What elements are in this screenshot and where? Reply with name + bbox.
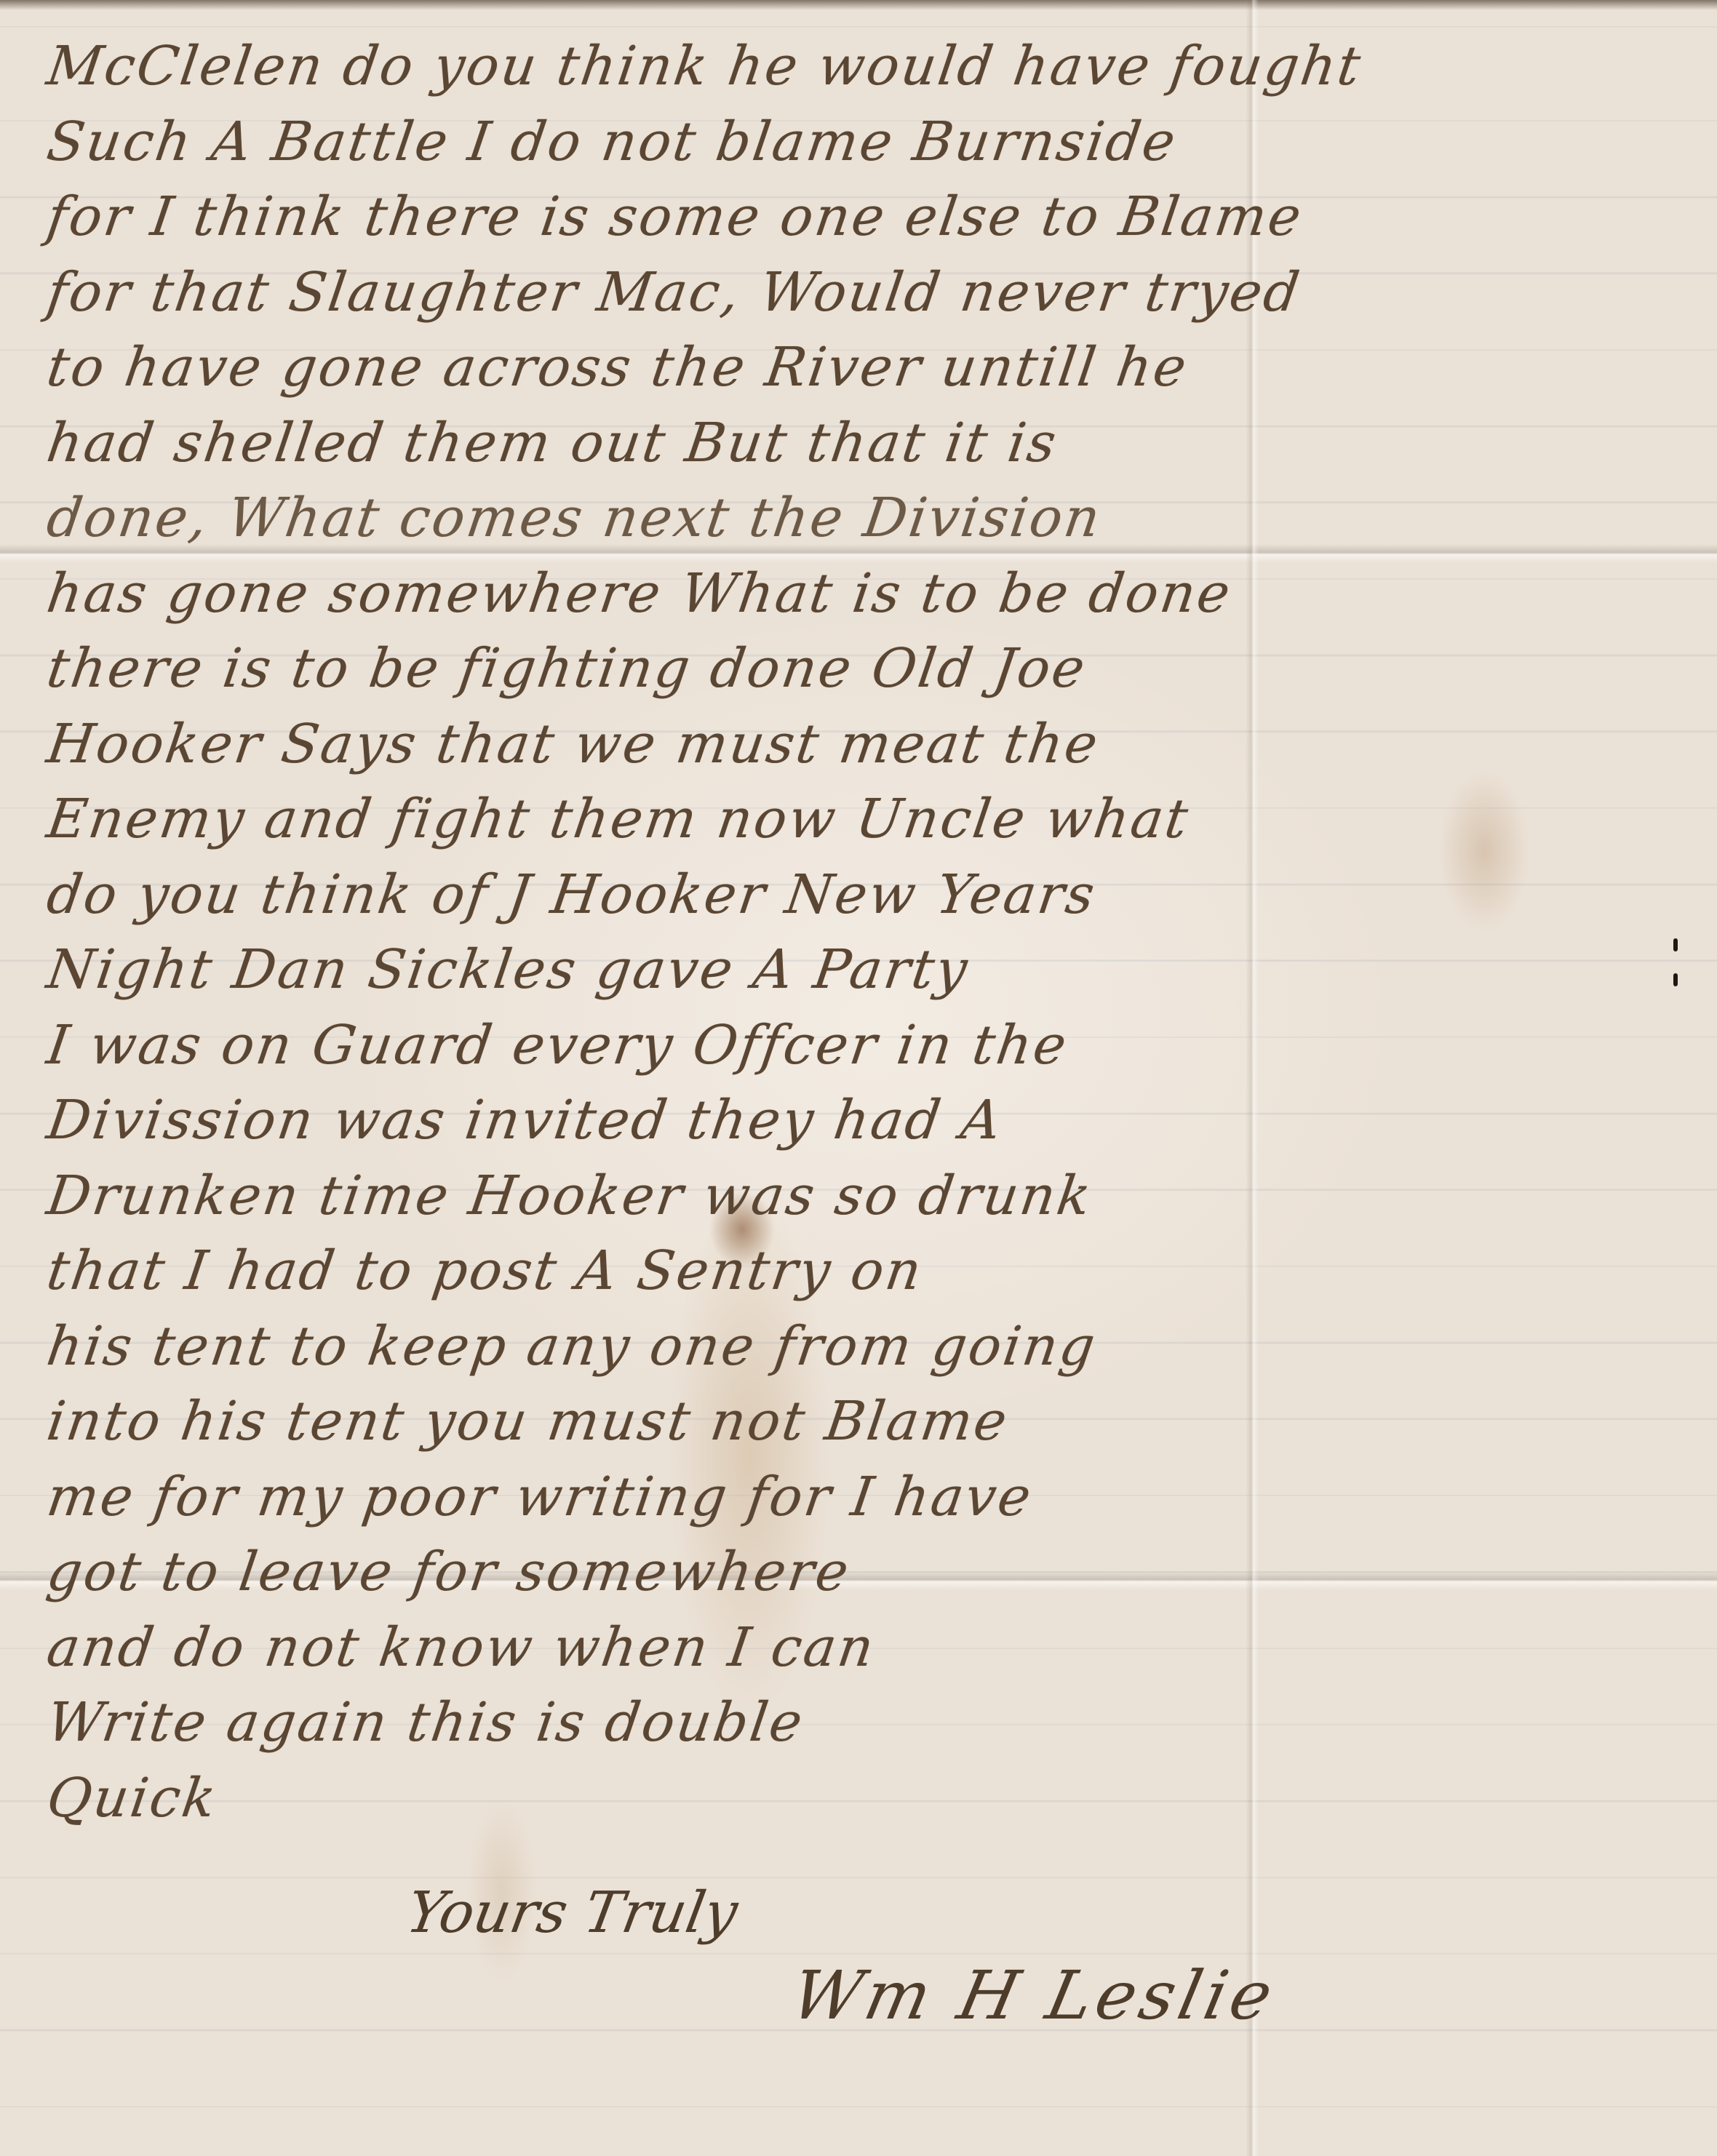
letter-line: Enemy and fight them now Uncle what xyxy=(42,782,1697,858)
letter-line: Quick xyxy=(42,1761,1697,1837)
letter-line: Write again this is double xyxy=(42,1685,1697,1761)
letter-line: Drunken time Hooker was so drunk xyxy=(42,1159,1697,1234)
letter-line: Hooker Says that we must meat the xyxy=(42,707,1697,783)
letter-line: for I think there is some one else to Bl… xyxy=(42,180,1697,255)
letter-line: Night Dan Sickles gave A Party xyxy=(42,933,1697,1008)
letter-line: to have gone across the River untill he xyxy=(42,330,1697,406)
letter-line: got to leave for somewhere xyxy=(42,1535,1697,1610)
letter-line: there is to be fighting done Old Joe xyxy=(42,631,1697,707)
letter-line: I was on Guard every Offcer in the xyxy=(42,1008,1697,1084)
letter-line: me for my poor writing for I have xyxy=(42,1460,1697,1536)
letter-line: Such A Battle I do not blame Burnside xyxy=(42,105,1697,180)
letter-line: into his tent you must not Blame xyxy=(42,1384,1697,1460)
letter-closing: Yours Truly xyxy=(402,1880,742,1946)
letter-signature: Wm H Leslie xyxy=(785,1957,1283,2035)
letter-line: for that Slaughter Mac, Would never trye… xyxy=(42,255,1697,331)
letter-body: McClelen do you think he would have foug… xyxy=(42,29,1686,1836)
letter-line: that I had to post A Sentry on xyxy=(42,1234,1697,1309)
letter-line: done, What comes next the Division xyxy=(42,481,1697,556)
letter-line: has gone somewhere What is to be done xyxy=(42,556,1697,632)
letter-line: his tent to keep any one from going xyxy=(42,1309,1697,1385)
letter-page: McClelen do you think he would have foug… xyxy=(0,0,1717,2156)
letter-line: and do not know when I can xyxy=(42,1610,1697,1686)
paper-top-edge xyxy=(0,0,1717,10)
letter-line: McClelen do you think he would have foug… xyxy=(42,29,1697,105)
letter-line: had shelled them out But that it is xyxy=(42,406,1697,482)
letter-line: do you think of J Hooker New Years xyxy=(42,858,1697,933)
letter-line: Divission was invited they had A xyxy=(42,1083,1697,1159)
